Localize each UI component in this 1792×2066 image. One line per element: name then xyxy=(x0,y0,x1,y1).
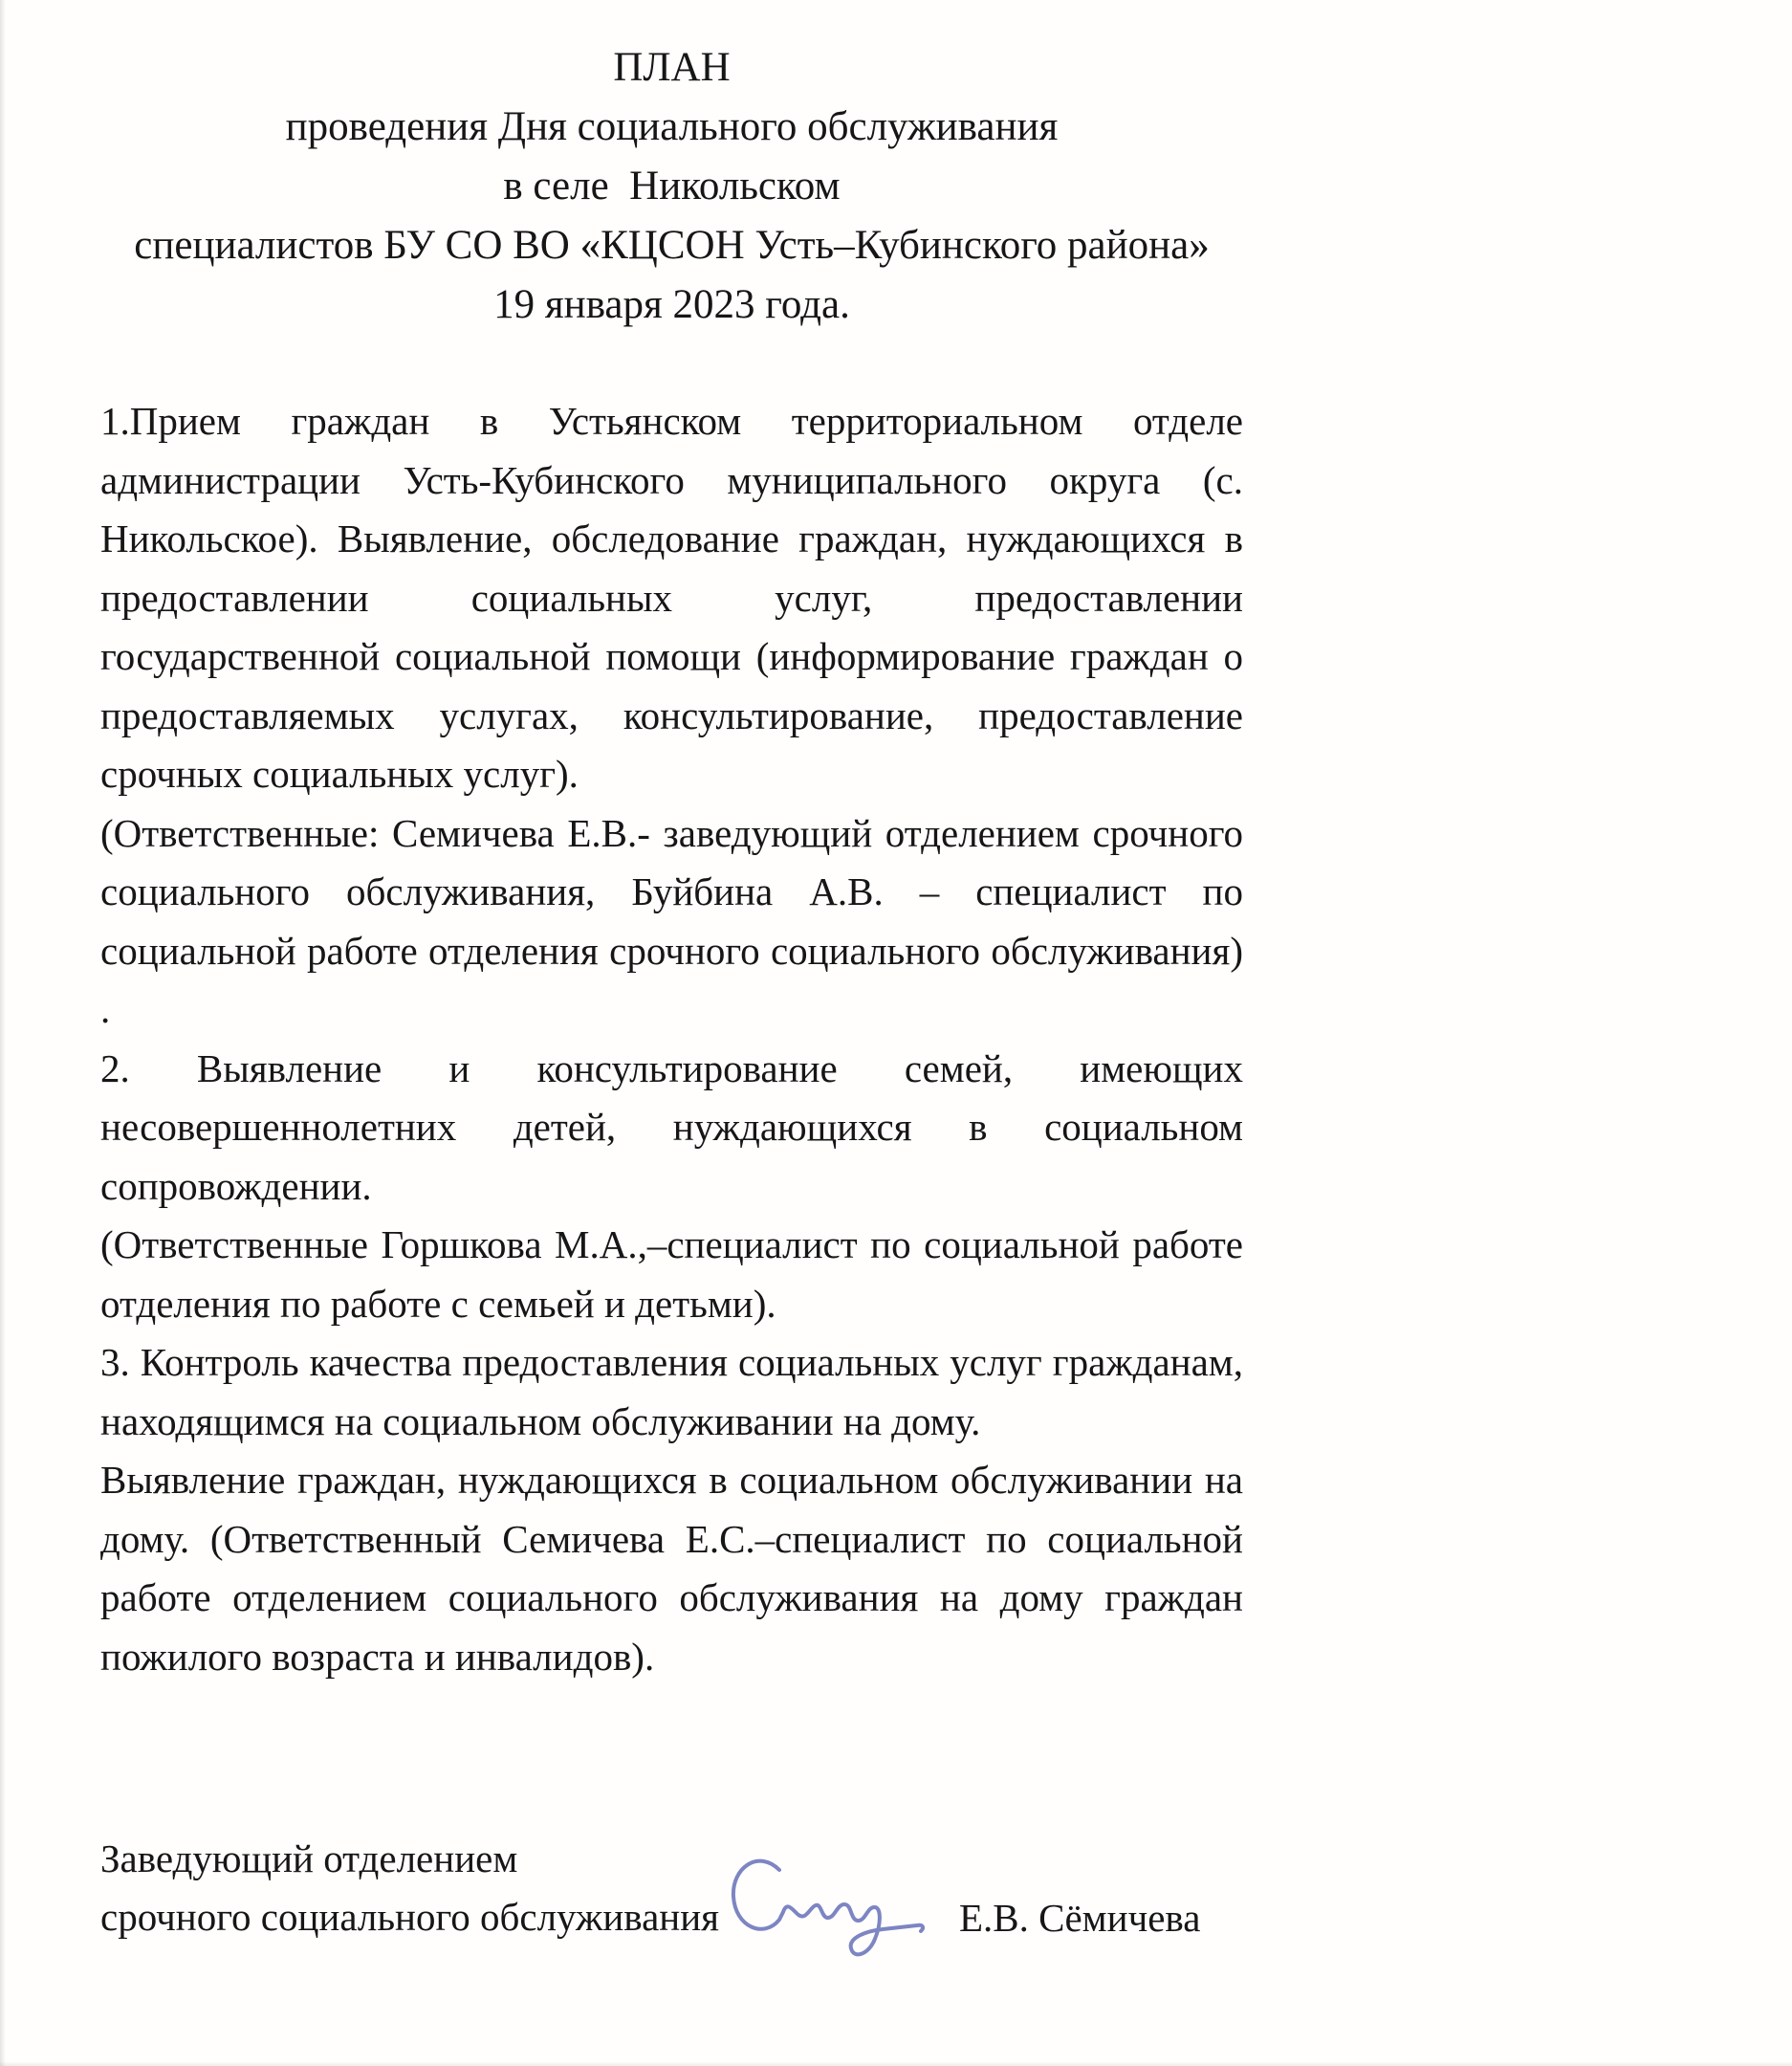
paragraph-item-1-responsible: (Ответственные: Семичева Е.В.- заведующи… xyxy=(100,804,1243,1040)
signatory-name: Е.В. Сёмичева xyxy=(959,1889,1200,1947)
signatory-position-line-2: срочного социального обслуживания xyxy=(100,1888,719,1946)
signatory-position: Заведующий отделением срочного социально… xyxy=(100,1830,719,1946)
paragraph-item-2-responsible: (Ответственные Горшкова М.А.,–специалист… xyxy=(100,1216,1243,1333)
paragraph-item-1: 1.Прием граждан в Устьянском территориал… xyxy=(100,392,1243,804)
document-content: ПЛАН проведения Дня социального обслужив… xyxy=(100,38,1243,2040)
paragraph-item-3-responsible: Выявление граждан, нуждающихся в социаль… xyxy=(100,1451,1243,1686)
signatory-position-line-1: Заведующий отделением xyxy=(100,1830,719,1888)
paragraph-item-2: 2. Выявление и консультирование семей, и… xyxy=(100,1040,1243,1217)
scanned-document-page: ПЛАН проведения Дня социального обслужив… xyxy=(0,0,1792,2066)
title-line-event: проведения Дня социального обслуживания xyxy=(100,98,1243,157)
title-line-organization: специалистов БУ СО ВО «КЦСОН Усть–Кубинс… xyxy=(100,216,1243,275)
title-line-village: в селе Никольском xyxy=(100,157,1243,216)
scan-edge-artifact xyxy=(0,2061,1792,2066)
title-line-date: 19 января 2023 года. xyxy=(100,275,1243,335)
scan-edge-artifact xyxy=(0,0,6,2066)
paragraph-item-3: 3. Контроль качества предоставления соци… xyxy=(100,1333,1243,1451)
document-title-block: ПЛАН проведения Дня социального обслужив… xyxy=(100,38,1243,335)
document-body: 1.Прием граждан в Устьянском территориал… xyxy=(100,392,1243,1686)
title-line-plan: ПЛАН xyxy=(100,38,1243,98)
handwritten-signature-icon xyxy=(720,1847,940,1981)
signature-stroke xyxy=(733,1861,923,1955)
signature-block: Заведующий отделением срочного социально… xyxy=(100,1830,1243,2040)
